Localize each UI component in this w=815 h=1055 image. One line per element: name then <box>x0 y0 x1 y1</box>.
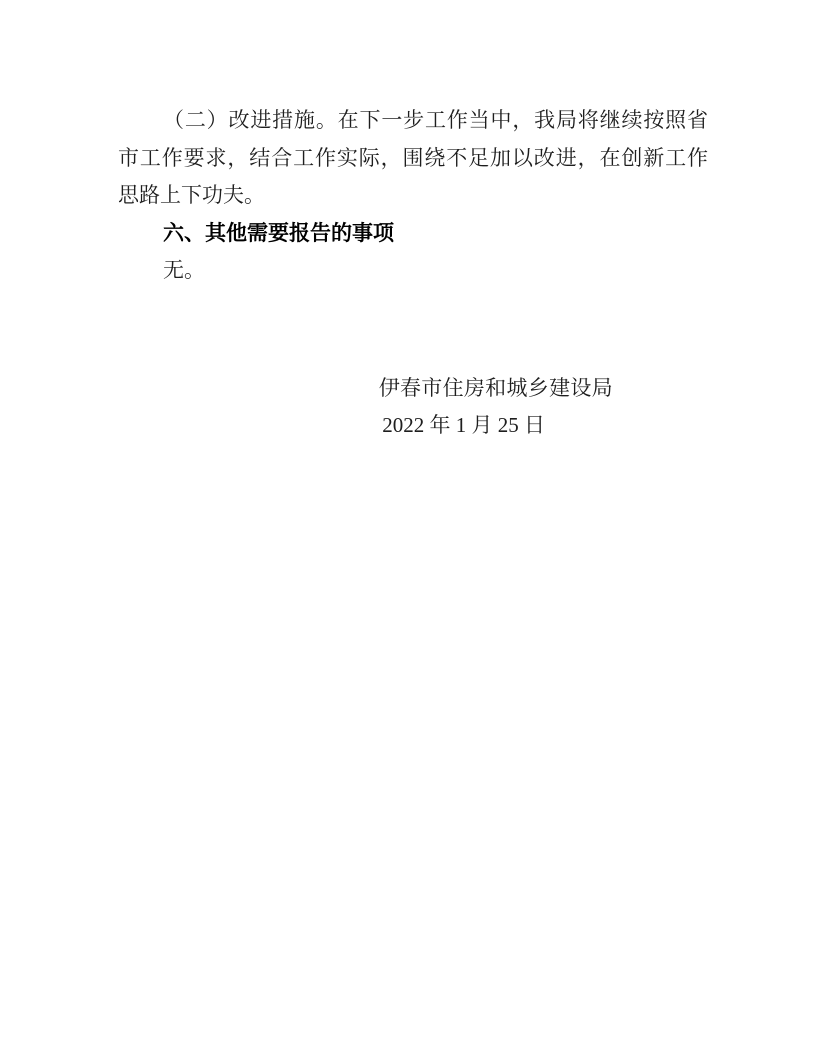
document-page: （二）改进措施。在下一步工作当中，我局将继续按照省 市工作要求，结合工作实际，围… <box>0 0 815 1055</box>
section-heading: 六、其他需要报告的事项 <box>118 215 708 253</box>
signature-date: 2022 年 1 月 25 日 <box>118 407 708 445</box>
paragraph-improvement-line-1: （二）改进措施。在下一步工作当中，我局将继续按照省 <box>118 102 708 140</box>
paragraph-improvement-line-3: 思路上下功夫。 <box>118 177 708 215</box>
signature-block: 伊春市住房和城乡建设局 2022 年 1 月 25 日 <box>118 370 708 445</box>
document-content: （二）改进措施。在下一步工作当中，我局将继续按照省 市工作要求，结合工作实际，围… <box>118 102 708 445</box>
signature-organization: 伊春市住房和城乡建设局 <box>118 370 708 408</box>
section-body-none: 无。 <box>118 252 708 290</box>
paragraph-improvement-line-2: 市工作要求，结合工作实际，围绕不足加以改进，在创新工作 <box>118 140 708 178</box>
